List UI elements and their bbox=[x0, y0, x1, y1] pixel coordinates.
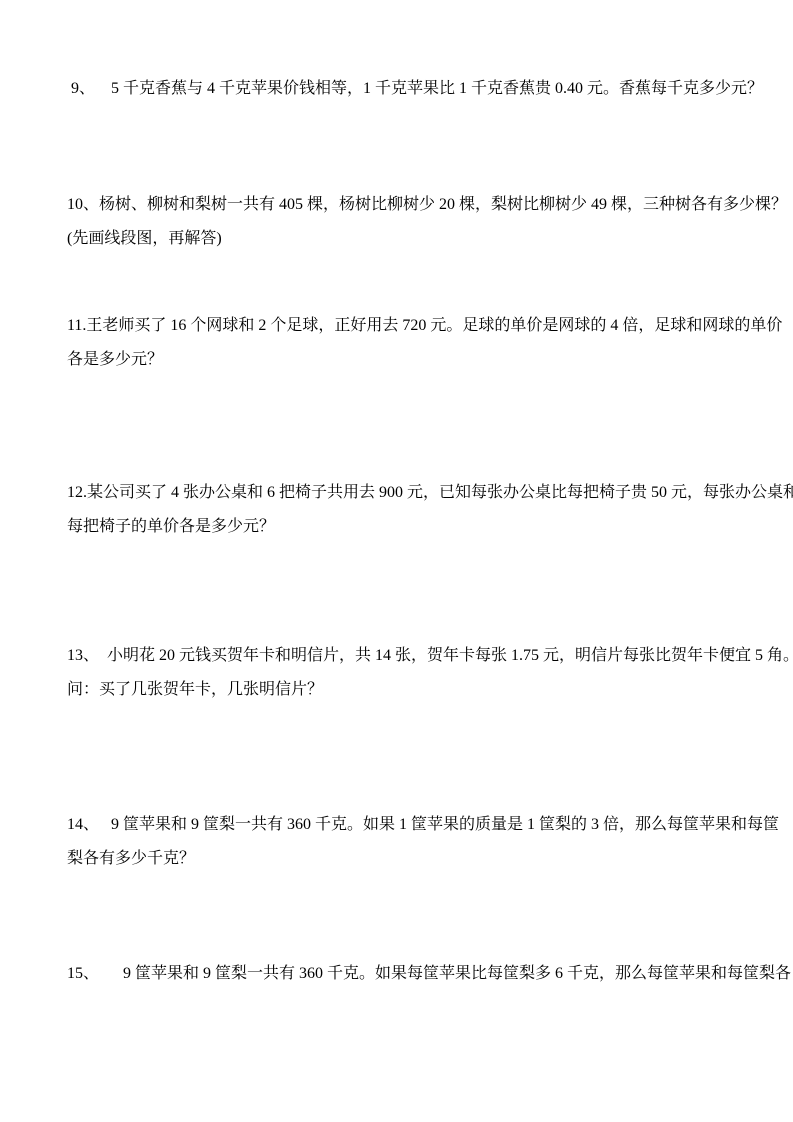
question-11: 11.王老师买了 16 个网球和 2 个足球，正好用去 720 元。足球的单价是… bbox=[67, 309, 763, 377]
question-14: 14、 9 筐苹果和 9 筐梨一共有 360 千克。如果 1 筐苹果的质量是 1… bbox=[67, 808, 763, 876]
question-12-line-1: 12.某公司买了 4 张办公桌和 6 把椅子共用去 900 元，已知每张办公桌比… bbox=[67, 476, 763, 510]
question-13-line-1: 13、 小明花 20 元钱买贺年卡和明信片，共 14 张，贺年卡每张 1.75 … bbox=[67, 639, 763, 673]
question-12-line-2: 每把椅子的单价各是多少元？ bbox=[67, 510, 763, 544]
question-14-line-2: 梨各有多少千克？ bbox=[67, 842, 763, 876]
question-15-line-1: 15、 9 筐苹果和 9 筐梨一共有 360 千克。如果每筐苹果比每筐梨多 6 … bbox=[67, 957, 763, 991]
question-14-line-1: 14、 9 筐苹果和 9 筐梨一共有 360 千克。如果 1 筐苹果的质量是 1… bbox=[67, 808, 763, 842]
question-10-line-2: (先画线段图，再解答) bbox=[67, 222, 763, 256]
question-10: 10、杨树、柳树和梨树一共有 405 棵，杨树比柳树少 20 棵，梨树比柳树少 … bbox=[67, 188, 763, 256]
question-11-line-2: 各是多少元？ bbox=[67, 343, 763, 377]
question-13: 13、 小明花 20 元钱买贺年卡和明信片，共 14 张，贺年卡每张 1.75 … bbox=[67, 639, 763, 707]
question-11-line-1: 11.王老师买了 16 个网球和 2 个足球，正好用去 720 元。足球的单价是… bbox=[67, 309, 763, 343]
question-12: 12.某公司买了 4 张办公桌和 6 把椅子共用去 900 元，已知每张办公桌比… bbox=[67, 476, 763, 544]
question-10-line-1: 10、杨树、柳树和梨树一共有 405 棵，杨树比柳树少 20 棵，梨树比柳树少 … bbox=[67, 188, 763, 222]
question-9: 9、 5 千克香蕉与 4 千克苹果价钱相等，1 千克苹果比 1 千克香蕉贵 0.… bbox=[67, 72, 763, 106]
question-9-line-1: 9、 5 千克香蕉与 4 千克苹果价钱相等，1 千克苹果比 1 千克香蕉贵 0.… bbox=[67, 72, 763, 106]
question-15: 15、 9 筐苹果和 9 筐梨一共有 360 千克。如果每筐苹果比每筐梨多 6 … bbox=[67, 957, 763, 991]
question-13-line-2: 问：买了几张贺年卡，几张明信片？ bbox=[67, 673, 763, 707]
document-page: 9、 5 千克香蕉与 4 千克苹果价钱相等，1 千克苹果比 1 千克香蕉贵 0.… bbox=[0, 0, 793, 1122]
